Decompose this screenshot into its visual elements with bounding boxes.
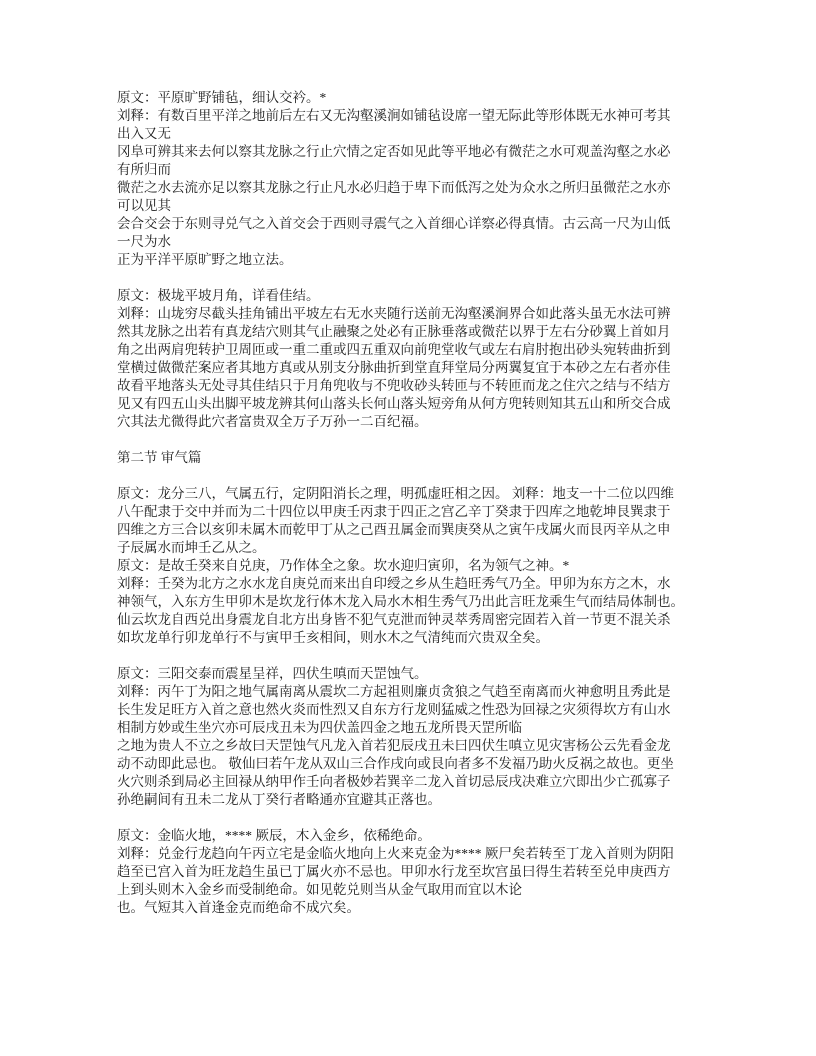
paragraph: 原文：龙分三八，气属五行，定阴阳消长之理，明孤虚旺相之因。 刘释：地支一十二位以… xyxy=(117,485,707,647)
paragraph: 原文：平原旷野铺毡，细认交衿。*刘释：有数百里平洋之地前后左右又无沟壑溪涧如铺毡… xyxy=(117,89,707,269)
section-heading: 第二节 审气篇 xyxy=(117,449,707,467)
text-line: 原文：三阳交泰而震星呈祥，四伏生嗔而天罡蚀气。 xyxy=(117,665,707,683)
text-line: 原文：平原旷野铺毡，细认交衿。* xyxy=(117,89,707,107)
text-line: 原文：极垅平坡月角，详看佳结。 xyxy=(117,287,707,305)
text-line: 仙云坎龙自西兑出身震龙自北方出身皆不犯气克泄而钟灵萃秀周密完固若入首一节更不混关… xyxy=(117,611,707,629)
paragraph: 原文：三阳交泰而震星呈祥，四伏生嗔而天罡蚀气。刘释：丙午丁为阳之地气属南离从震坎… xyxy=(117,665,707,809)
text-line: 可以见其 xyxy=(117,197,707,215)
text-line: 刘释：丙午丁为阳之地气属南离从震坎二方起祖则廉贞贪狼之气趋至南离而火神愈明且秀此… xyxy=(117,683,707,701)
text-line: 原文：龙分三八，气属五行，定阴阳消长之理，明孤虚旺相之因。 刘释：地支一十二位以… xyxy=(117,485,707,503)
text-line: 如坎龙单行卯龙单行不与寅甲壬亥相间，则水木之气清纯而穴贵双全矣。 xyxy=(117,629,707,647)
text-line: 穴其法尤微得此穴者富贵双全万子万孙一二百纪福。 xyxy=(117,413,707,431)
text-line: 第二节 审气篇 xyxy=(117,449,707,467)
text-line: 趋至已宫入首为旺龙趋生虽已丁属火亦不忌也。甲卯水行龙至坎宫虽曰得生若转至兑申庚西… xyxy=(117,863,707,881)
text-line: 火穴则杀到局必主回禄从纳甲作壬向者极妙若巽辛二龙入首切忌辰戌决难立穴即出少亡孤寡… xyxy=(117,773,707,791)
text-line: 原文：金临火地，**** 厥辰，木入金乡，依稀绝命。 xyxy=(117,827,707,845)
text-line: 一尺为水 xyxy=(117,233,707,251)
text-line: 之地为贵人不立之乡故曰天罡蚀气凡龙入首若犯辰戌丑未曰四伏生嗔立见灾害杨公云先看金… xyxy=(117,737,707,755)
paragraph: 原文：金临火地，**** 厥辰，木入金乡，依稀绝命。刘释：兑金行龙趋向午丙立宅是… xyxy=(117,827,707,917)
text-line: 刘释：壬癸为北方之水水龙自庚兑而来出自印绶之乡从生趋旺秀气乃全。甲卯为东方之木，… xyxy=(117,575,707,593)
text-line: 上到头则木入金乡而受制绝命。如见乾兑则当从金气取用而宜以木论 xyxy=(117,881,707,899)
text-line: 正为平洋平原旷野之地立法。 xyxy=(117,251,707,269)
text-line: 角之出两肩兜转护卫周匝或一重二重或四五重双向前兜堂收气或左右肩肘抱出砂头宛转曲折… xyxy=(117,341,707,359)
text-line: 故看平地落头无处寻其佳结只于月角兜收与不兜收砂头转匝与不转匝而龙之住穴之结与不结… xyxy=(117,377,707,395)
document-body: 原文：平原旷野铺毡，细认交衿。*刘释：有数百里平洋之地前后左右又无沟壑溪涧如铺毡… xyxy=(117,89,707,935)
document-page: 原文：平原旷野铺毡，细认交衿。*刘释：有数百里平洋之地前后左右又无沟壑溪涧如铺毡… xyxy=(0,0,816,1056)
text-line: 相制方妙或生坐穴亦可辰戌丑未为四伏盖四金之地五龙所畏天罡所临 xyxy=(117,719,707,737)
text-line: 长生发足旺方入首之意也然火炎而性烈又自东方行龙则猛威之性恐为回禄之灾须得坎方有山… xyxy=(117,701,707,719)
text-line: 动不动即此忌也。 敬仙曰若午龙从双山三合作戌向或艮向者多不发福乃助火反祸之故也。… xyxy=(117,755,707,773)
text-line: 也。气短其入首逢金克而绝命不成穴矣。 xyxy=(117,899,707,917)
text-line: 四维之方三合以亥卯未属木而乾甲丁从之己酉丑属金而巽庚癸从之寅午戌属火而艮丙辛从之… xyxy=(117,521,707,539)
text-line: 八午配隶于交中并而为二十四位以甲庚壬丙隶于四正之宫乙辛丁癸隶于四库之地乾坤艮巽隶… xyxy=(117,503,707,521)
text-line: 冈阜可辨其来去何以察其龙脉之行止穴情之定否如见此等平地必有微茫之水可观盖沟壑之水… xyxy=(117,143,707,161)
text-line: 子辰属水而坤壬乙从之。 xyxy=(117,539,707,557)
text-line: 出入又无 xyxy=(117,125,707,143)
text-line: 神领气，入东方生甲卯木是坎龙行体木龙入局水木相生秀气乃出此言旺龙乘生气而结局体制… xyxy=(117,593,707,611)
text-line: 见又有四五山头出脚平坡龙辨其何山落头长何山落头短旁角从何方兜转则知其五山和所交合… xyxy=(117,395,707,413)
text-line: 有所归而 xyxy=(117,161,707,179)
text-line: 堂横过做微茫案应者其地方真或从别支分脉曲折到堂直拜堂局分两翼复宜于本砂之左右者亦… xyxy=(117,359,707,377)
text-line: 孙绝嗣间有丑未二龙从丁癸行者略通亦宜避其正落也。 xyxy=(117,791,707,809)
text-line: 然其龙脉之出若有真龙结穴则其气止融聚之处必有正脉垂落或微茫以界于左右分砂翼上首如… xyxy=(117,323,707,341)
text-line: 刘释：山垅穷尽截头挂角铺出平坡左右无水夹随行送前无沟壑溪涧界合如此落头虽无水法可… xyxy=(117,305,707,323)
text-line: 微茫之水去流亦足以察其龙脉之行止凡水必归趋于卑下而低泻之处为众水之所归虽微茫之水… xyxy=(117,179,707,197)
text-line: 会合交会于东则寻兑气之入首交会于西则寻震气之入首细心详察必得真情。古云高一尺为山… xyxy=(117,215,707,233)
paragraph: 原文：极垅平坡月角，详看佳结。刘释：山垅穷尽截头挂角铺出平坡左右无水夹随行送前无… xyxy=(117,287,707,431)
text-line: 原文：是故壬癸来自兑庚，乃作体全之象。坎水迎归寅卯，名为领气之神。* xyxy=(117,557,707,575)
text-line: 刘释：有数百里平洋之地前后左右又无沟壑溪涧如铺毡设席一望无际此等形体既无水神可考… xyxy=(117,107,707,125)
text-line: 刘释：兑金行龙趋向午丙立宅是金临火地向上火来克金为**** 厥尸矣若转至丁龙入首… xyxy=(117,845,707,863)
